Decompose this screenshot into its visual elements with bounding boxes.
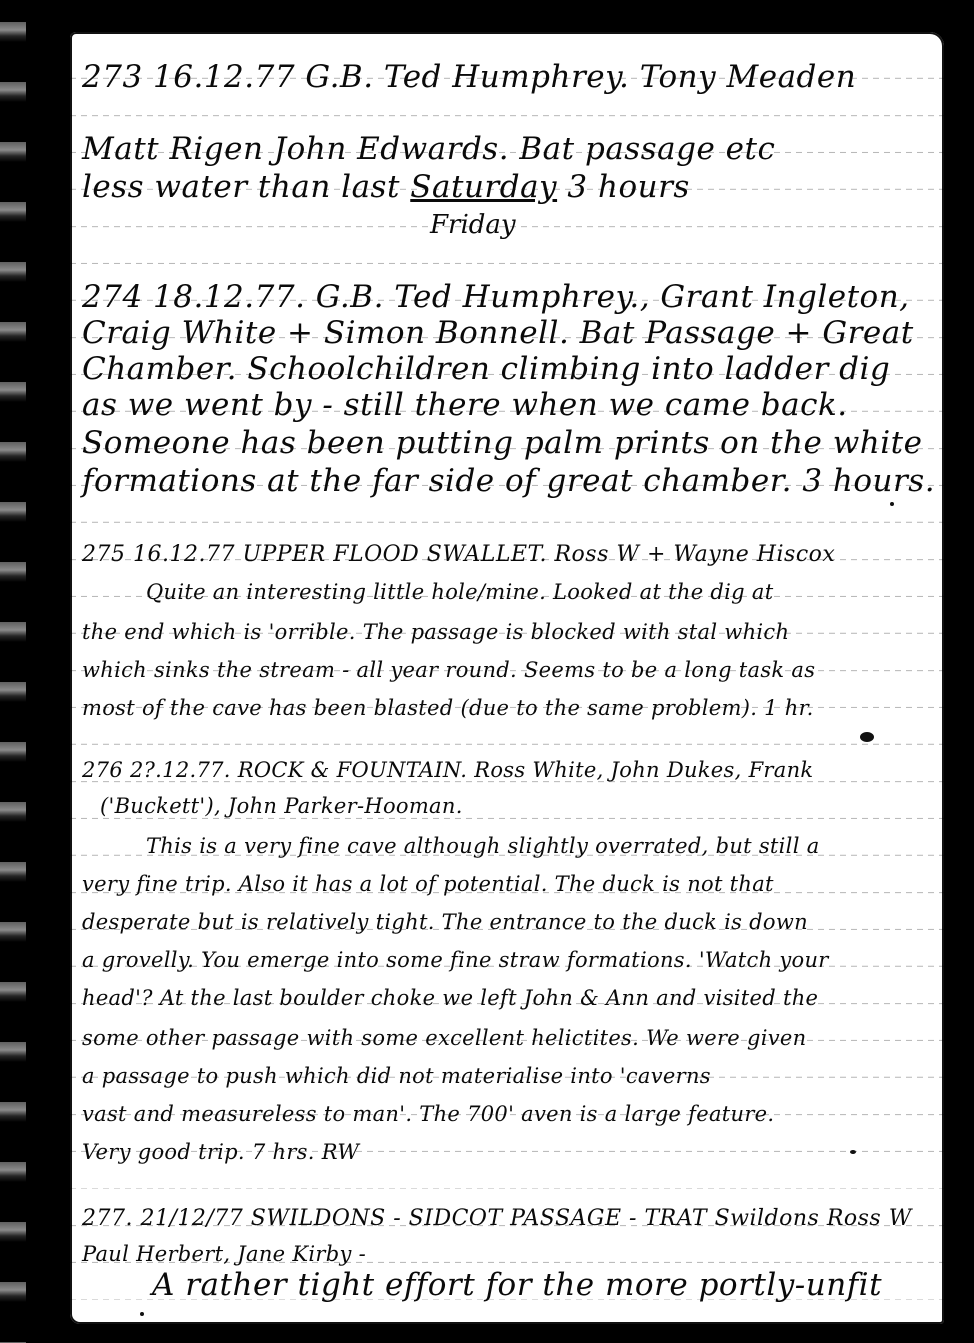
entry-273-line-3: less water than last Saturday 3 hours [82, 172, 932, 203]
entry-275-line-2: Quite an interesting little hole/mine. L… [82, 582, 932, 603]
entry-275-line-3: the end which is 'orrible. The passage i… [82, 622, 932, 643]
entry-276-line-4: very fine trip. Also it has a lot of pot… [82, 874, 932, 895]
entry-274-line-6: formations at the far side of great cham… [82, 466, 932, 497]
entry-274-line-5: Someone has been putting palm prints on … [82, 428, 932, 459]
entry-276-line-5: desperate but is relatively tight. The e… [82, 912, 932, 933]
scan-speck [140, 1312, 144, 1316]
correction-word: Friday [430, 210, 516, 240]
entry-276-line-3: This is a very fine cave although slight… [82, 836, 932, 857]
scan-speck [860, 732, 874, 742]
entry-275-header: 275 16.12.77 UPPER FLOOD SWALLET. Ross W… [82, 544, 932, 566]
entry-274-line-2: Craig White + Simon Bonnell. Bat Passage… [82, 318, 932, 349]
logbook-page: 273 16.12.77 G.B. Ted Humphrey. Tony Mea… [70, 32, 944, 1324]
entry-274-line-4: as we went by - still there when we came… [82, 390, 932, 421]
entry-273-line-2: Matt Rigen John Edwards. Bat passage etc [82, 134, 932, 165]
entry-275-line-5: most of the cave has been blasted (due t… [82, 698, 932, 719]
scan-speck [850, 1150, 856, 1154]
scan-speck [890, 502, 894, 506]
entry-277-line-2: Paul Herbert, Jane Kirby - [82, 1244, 932, 1265]
entry-276-line-10: vast and measureless to man'. The 700' a… [82, 1104, 932, 1125]
entry-276-header: 276 2?.12.77. ROCK & FOUNTAIN. Ross Whit… [82, 760, 932, 781]
entry-273-text-after: 3 hours [557, 169, 690, 205]
entry-273-header: 273 16.12.77 G.B. Ted Humphrey. Tony Mea… [82, 62, 932, 93]
entry-277-header: 277. 21/12/77 SWILDONS - SIDCOT PASSAGE … [82, 1208, 932, 1230]
entry-275-line-4: which sinks the stream - all year round.… [82, 660, 932, 681]
entry-273-text-before: less water than last [82, 169, 410, 205]
entry-276-line-6: a grovelly. You emerge into some fine st… [82, 950, 932, 971]
entry-274-header: 274 18.12.77. G.B. Ted Humphrey., Grant … [82, 282, 932, 313]
entry-276-line-2: ('Buckett'), John Parker-Hooman. [82, 796, 932, 817]
struck-word: Saturday [410, 169, 557, 205]
entry-276-line-9: a passage to push which did not material… [82, 1066, 932, 1087]
entry-274-line-3: Chamber. Schoolchildren climbing into la… [82, 354, 932, 385]
entry-277-line-3: A rather tight effort for the more portl… [82, 1270, 932, 1301]
entry-276-line-7: head'? At the last boulder choke we left… [82, 988, 932, 1009]
entry-276-line-8: some other passage with some excellent h… [82, 1028, 932, 1049]
entry-276-line-11: Very good trip. 7 hrs. RW [82, 1142, 932, 1163]
notebook-binding-strip [0, 0, 26, 1343]
